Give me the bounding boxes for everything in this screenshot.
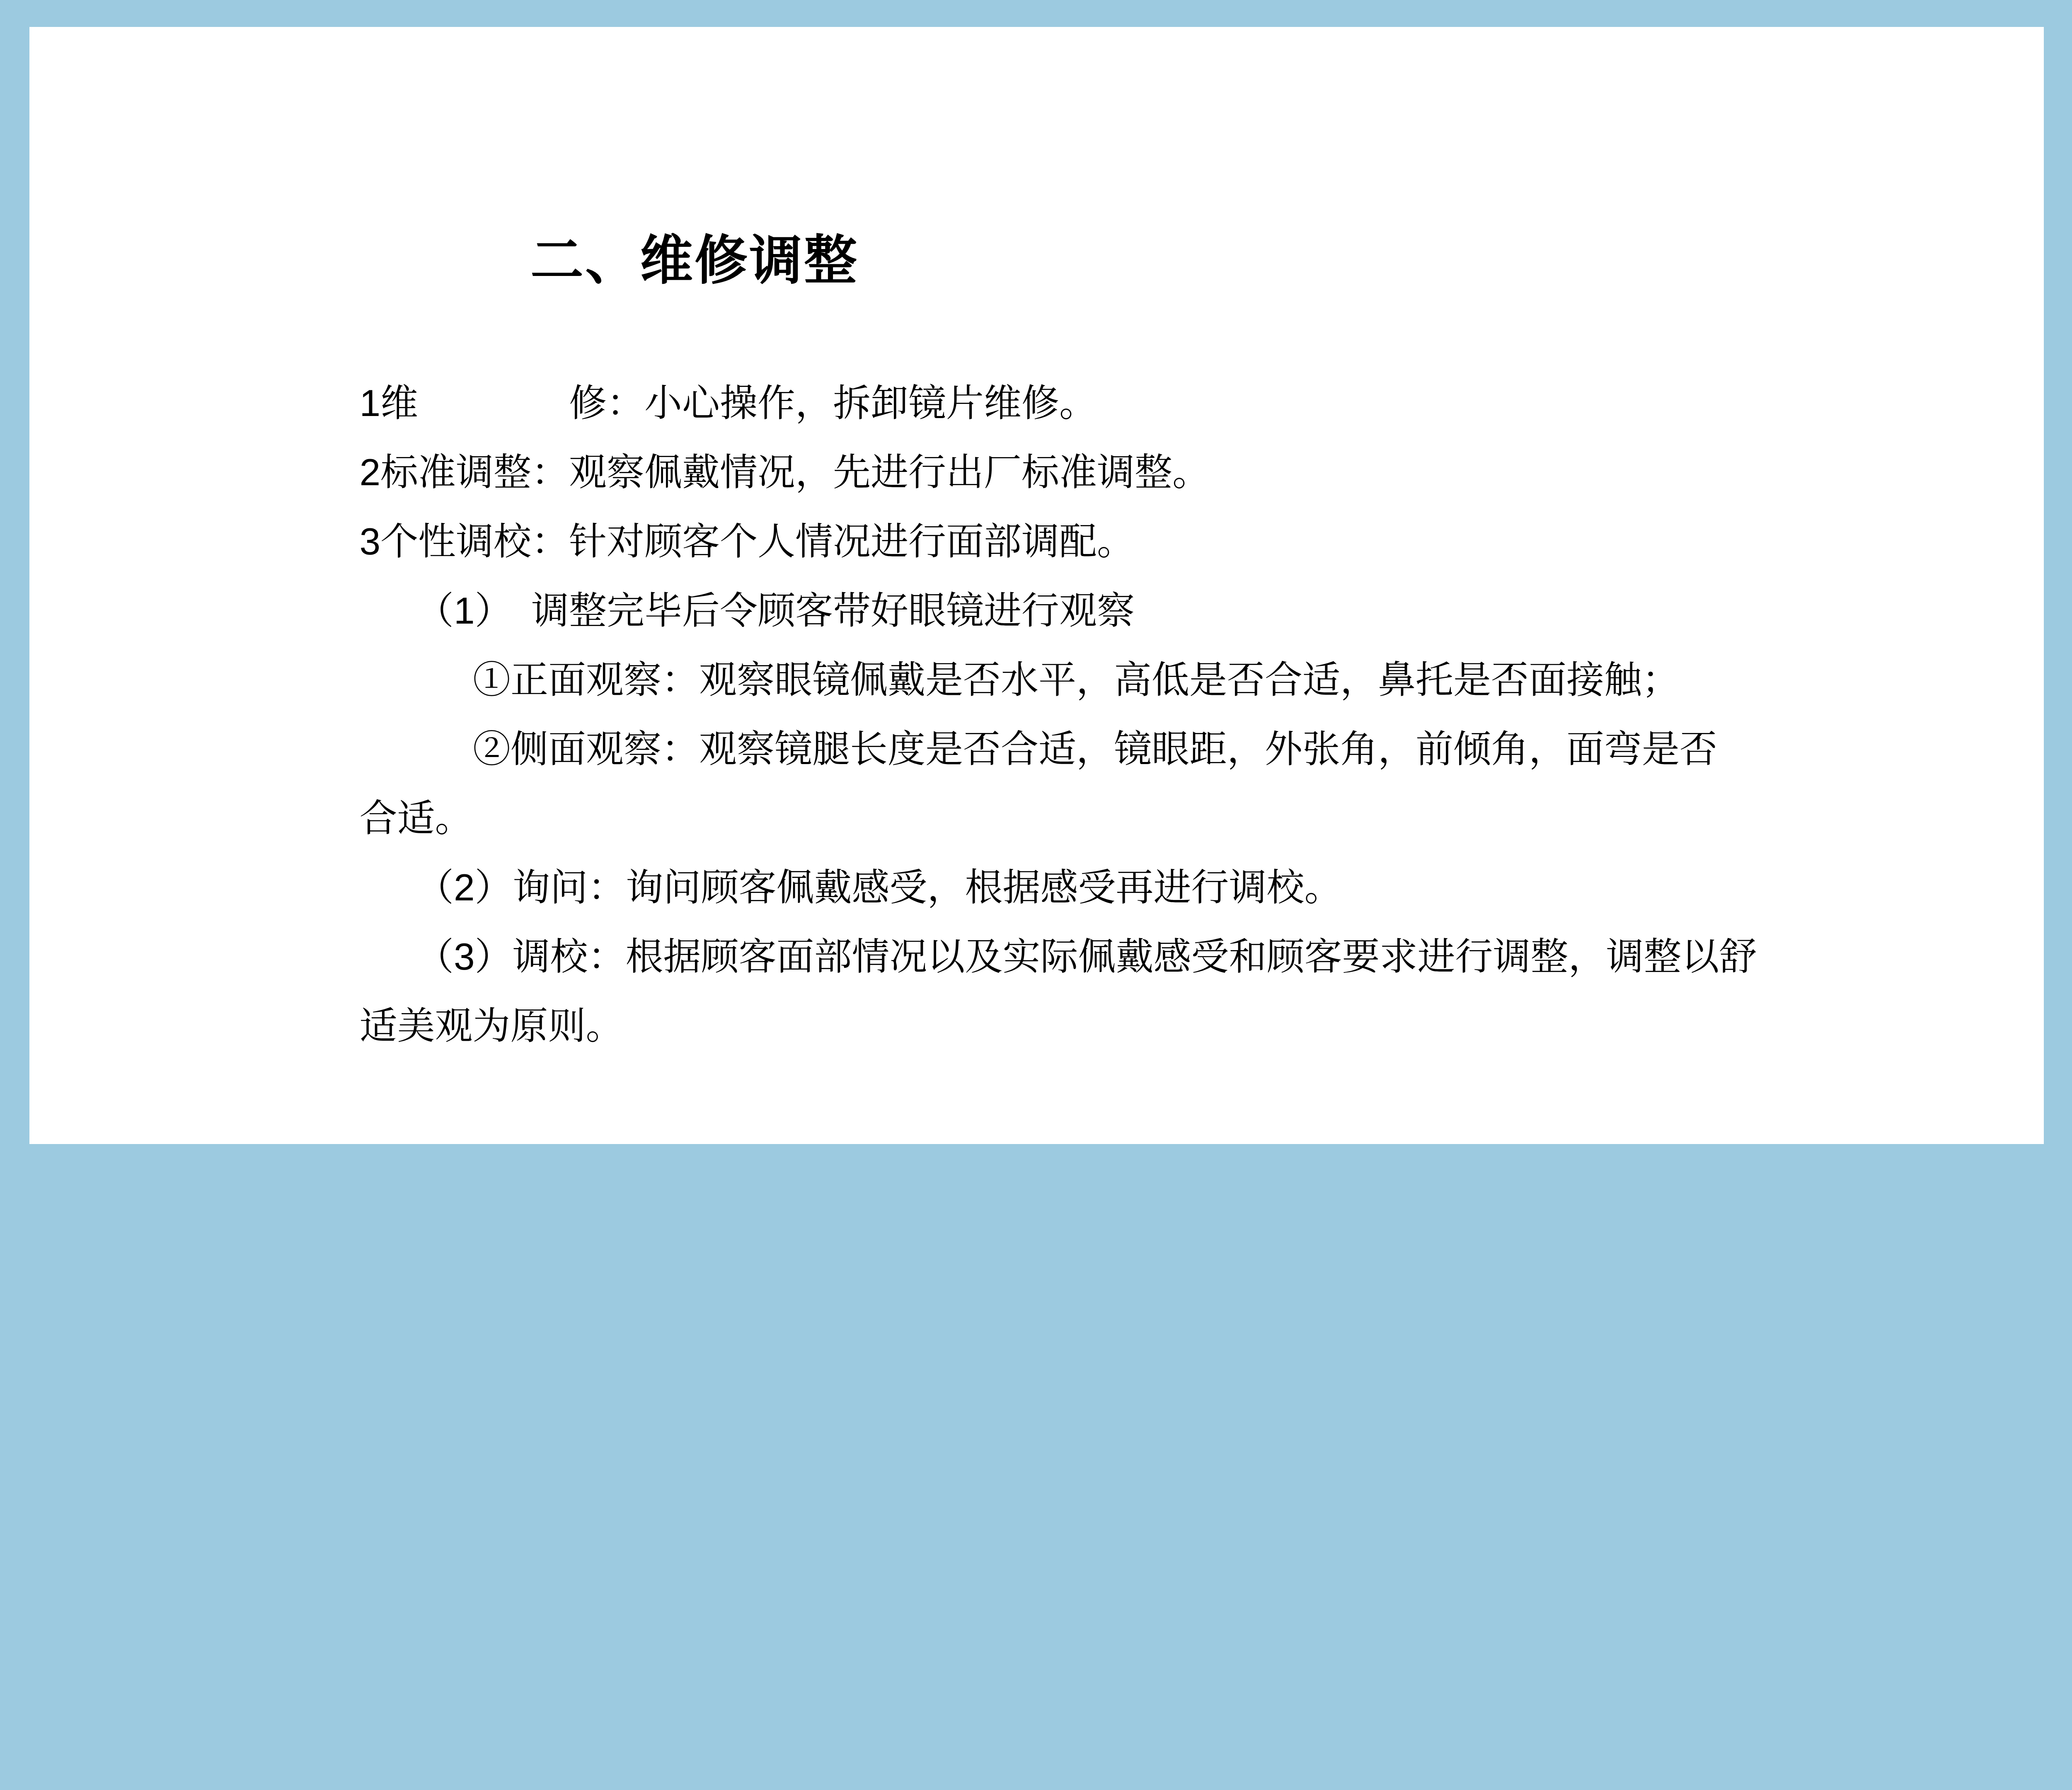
body-line-side-observe-wrap: 合适。 bbox=[360, 784, 1757, 853]
body-line-step3-adjust: （3）调校：根据顾客面部情况以及实际佩戴感受和顾客要求进行调整，调整以舒 bbox=[360, 922, 1757, 992]
slide-title: 二、维修调整 bbox=[530, 228, 859, 294]
slide: 二、维修调整 1维 修：小心操作，拆卸镜片维修。 2标准调整：观察佩戴情况，先进… bbox=[0, 0, 2072, 1166]
body-line-repair: 1维 修：小心操作，拆卸镜片维修。 bbox=[360, 369, 1757, 438]
body-line-step1: （1） 调整完毕后令顾客带好眼镜进行观察 bbox=[360, 576, 1757, 646]
slide-body: 1维 修：小心操作，拆卸镜片维修。 2标准调整：观察佩戴情况，先进行出厂标准调整… bbox=[360, 369, 1757, 1061]
body-line-side-observe: ②侧面观察：观察镜腿长度是否合适，镜眼距，外张角，前倾角，面弯是否 bbox=[360, 715, 1757, 784]
body-line-personal-adjust: 3个性调校：针对顾客个人情况进行面部调配。 bbox=[360, 507, 1757, 576]
body-line-front-observe: ①正面观察：观察眼镜佩戴是否水平，高低是否合适，鼻托是否面接触； bbox=[360, 646, 1757, 715]
body-line-standard-adjust: 2标准调整：观察佩戴情况，先进行出厂标准调整。 bbox=[360, 438, 1757, 507]
body-line-step3-wrap: 适美观为原则。 bbox=[360, 992, 1757, 1061]
body-line-step2-inquiry: （2）询问：询问顾客佩戴感受，根据感受再进行调校。 bbox=[360, 853, 1757, 922]
